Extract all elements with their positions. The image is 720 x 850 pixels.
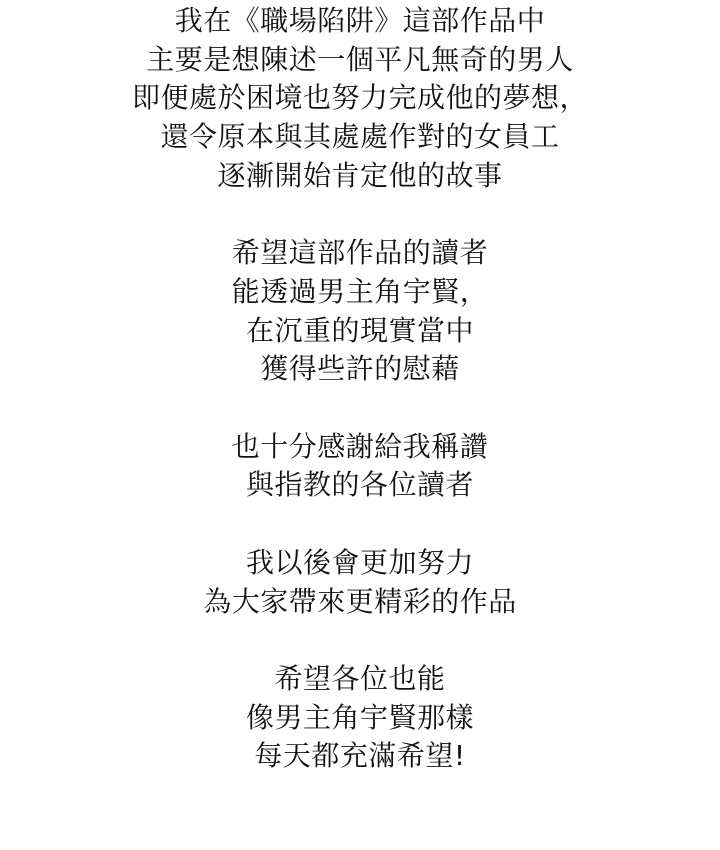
text-line: 即便處於困境也努力完成他的夢想，	[0, 79, 720, 118]
text-line: 還令原本與其處處作對的女員工	[0, 118, 720, 157]
paragraph-intro: 我在《職場陷阱》這部作品中 主要是想陳述一個平凡無奇的男人 即便處於困境也努力完…	[0, 2, 720, 196]
paragraph-closing: 希望各位也能 像男主角宇賢那樣 每天都充滿希望!	[0, 660, 720, 776]
text-line: 像男主角宇賢那樣	[0, 699, 720, 738]
text-line: 主要是想陳述一個平凡無奇的男人	[0, 41, 720, 80]
paragraph-promise: 我以後會更加努力 為大家帶來更精彩的作品	[0, 544, 720, 621]
text-line: 在沉重的現實當中	[0, 312, 720, 351]
text-line: 我在《職場陷阱》這部作品中	[0, 2, 720, 41]
text-line: 與指教的各位讀者	[0, 466, 720, 505]
text-line: 我以後會更加努力	[0, 544, 720, 583]
text-line: 每天都充滿希望!	[0, 737, 720, 776]
paragraph-thanks: 也十分感謝給我稱讚 與指教的各位讀者	[0, 428, 720, 505]
text-line: 逐漸開始肯定他的故事	[0, 157, 720, 196]
text-line: 希望這部作品的讀者	[0, 234, 720, 273]
text-line: 獲得些許的慰藉	[0, 350, 720, 389]
text-line: 為大家帶來更精彩的作品	[0, 583, 720, 622]
paragraph-hope-readers: 希望這部作品的讀者 能透過男主角宇賢， 在沉重的現實當中 獲得些許的慰藉	[0, 234, 720, 389]
text-line: 能透過男主角宇賢，	[0, 273, 720, 312]
text-line: 希望各位也能	[0, 660, 720, 699]
text-line: 也十分感謝給我稱讚	[0, 428, 720, 467]
afterword-text: 我在《職場陷阱》這部作品中 主要是想陳述一個平凡無奇的男人 即便處於困境也努力完…	[0, 2, 720, 815]
